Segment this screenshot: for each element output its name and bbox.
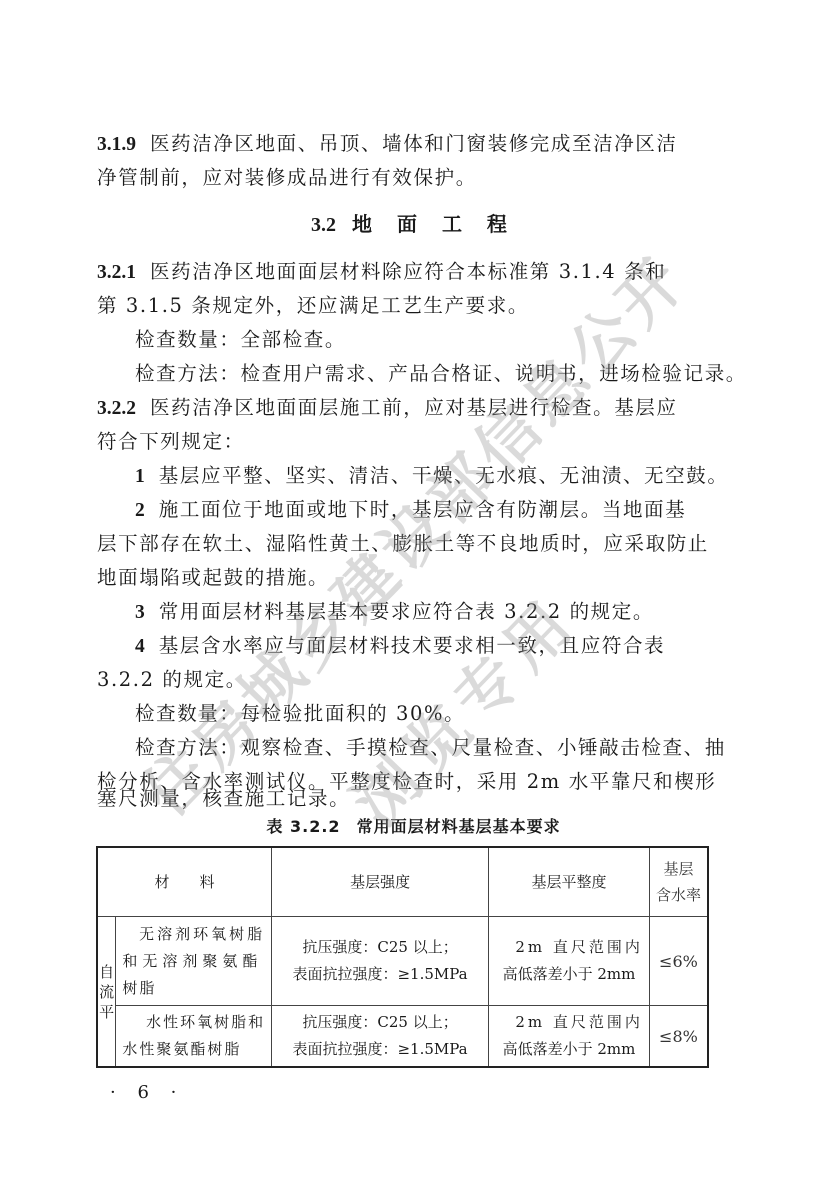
category-label: 自流平 — [98, 962, 115, 1022]
header-moisture: 基层 含水率 — [649, 847, 708, 917]
strength-cell: 抗压强度：C25 以上； 表面抗拉强度：≥1.5MPa — [272, 917, 489, 1006]
header-moisture-line-2: 含水率 — [652, 882, 705, 908]
strength-line-1: 抗压强度：C25 以上； — [278, 1009, 482, 1036]
table-row: 自流平 无溶剂环氧树脂 和无溶剂聚氨酯 树脂 抗压强度：C25 以上； 表面抗拉… — [97, 917, 708, 1006]
clause-number: 3.2.2 — [97, 398, 136, 419]
item-number: 1 — [135, 466, 145, 487]
list-item-3: 3常用面层材料基层基本要求应符合表 3.2.2 的规定。 — [135, 599, 750, 626]
header-material: 材 料 — [97, 847, 272, 917]
flatness-line-1: 2m 直尺范围内 — [495, 934, 643, 961]
list-item-1: 1基层应平整、坚实、清洁、干燥、无水痕、无油渍、无空鼓。 — [135, 463, 750, 490]
document-page: 3.1.9医药洁净区地面、吊顶、墙体和门窗装修完成至洁净区洁 净管制前，应对装修… — [0, 0, 827, 1200]
section-title: 地 面 工 程 — [352, 212, 516, 236]
table-caption: 表 3.2.2常用面层材料基层基本要求 — [0, 816, 827, 838]
item-number: 4 — [135, 636, 145, 657]
material-line-2: 和无溶剂聚氨酯 — [122, 948, 265, 975]
item-text: 基层应平整、坚实、清洁、干燥、无水痕、无油渍、无空鼓。 — [159, 464, 729, 487]
material-cell: 水性环氧树脂和 水性聚氨酯树脂 — [116, 1006, 272, 1068]
moisture-cell: ≤8% — [649, 1006, 708, 1068]
clause-text: 医药洁净区地面、吊顶、墙体和门窗装修完成至洁净区洁 — [150, 132, 678, 155]
page-number: · 6 · — [110, 1082, 184, 1103]
flatness-line-1: 2m 直尺范围内 — [495, 1009, 643, 1036]
clause-text: 医药洁净区地面面层施工前，应对基层进行检查。基层应 — [150, 396, 678, 419]
flatness-line-2: 高低落差小于 2mm — [495, 961, 643, 988]
clause-text: 医药洁净区地面面层材料除应符合本标准第 3.1.4 条和 — [150, 260, 666, 283]
material-line-1: 水性环氧树脂和 — [122, 1009, 265, 1036]
check-quantity: 检查数量：全部检查。 — [135, 327, 750, 353]
item-text: 常用面层材料基层基本要求应符合表 3.2.2 的规定。 — [159, 600, 654, 623]
item-text: 基层含水率应与面层材料技术要求相一致，且应符合表 — [159, 634, 665, 657]
check-quantity: 检查数量：每检验批面积的 30%。 — [135, 701, 750, 727]
list-item-2-line-2: 层下部存在软土、湿陷性黄土、膨胀土等不良地质时，应采取防止 — [97, 531, 712, 557]
check-method: 检查方法：检查用户需求、产品合格证、说明书，进场检验记录。 — [135, 361, 750, 387]
check-method-line-1: 检查方法：观察检查、手摸检查、尺量检查、小锤敲击检查、抽 — [135, 735, 750, 761]
strength-line-2: 表面抗拉强度：≥1.5MPa — [278, 1036, 482, 1063]
section-heading: 3.2地 面 工 程 — [0, 211, 827, 238]
material-line-3: 树脂 — [122, 975, 265, 1002]
item-number: 3 — [135, 602, 145, 623]
table-header-row: 材 料 基层强度 基层平整度 基层 含水率 — [97, 847, 708, 917]
list-item-2: 2施工面位于地面或地下时，基层应含有防潮层。当地面基 — [135, 497, 750, 524]
header-flatness: 基层平整度 — [489, 847, 650, 917]
table-row: 水性环氧树脂和 水性聚氨酯树脂 抗压强度：C25 以上； 表面抗拉强度：≥1.5… — [97, 1006, 708, 1068]
strength-cell: 抗压强度：C25 以上； 表面抗拉强度：≥1.5MPa — [272, 1006, 489, 1068]
material-line-2: 水性聚氨酯树脂 — [122, 1036, 265, 1063]
strength-line-2: 表面抗拉强度：≥1.5MPa — [278, 961, 482, 988]
item-text: 施工面位于地面或地下时，基层应含有防潮层。当地面基 — [159, 498, 687, 521]
list-item-4-line-2: 3.2.2 的规定。 — [97, 667, 712, 693]
material-cell: 无溶剂环氧树脂 和无溶剂聚氨酯 树脂 — [116, 917, 272, 1006]
material-line-1: 无溶剂环氧树脂 — [122, 921, 265, 948]
clause-number: 3.2.1 — [97, 262, 136, 283]
list-item-4: 4基层含水率应与面层材料技术要求相一致，且应符合表 — [135, 633, 750, 660]
clause-3-2-1-line-2: 第 3.1.5 条规定外，还应满足工艺生产要求。 — [97, 293, 712, 319]
clause-3-2-2-line-2: 符合下列规定： — [97, 429, 712, 455]
clause-3-2-2-line-1: 3.2.2医药洁净区地面面层施工前，应对基层进行检查。基层应 — [97, 395, 712, 422]
table-title: 常用面层材料基层基本要求 — [357, 817, 561, 836]
clause-3-1-9-line-2: 净管制前，应对装修成品进行有效保护。 — [97, 165, 712, 191]
strength-line-1: 抗压强度：C25 以上； — [278, 934, 482, 961]
requirements-table: 材 料 基层强度 基层平整度 基层 含水率 自流平 无溶剂环氧树脂 和无溶剂聚氨… — [96, 846, 709, 1068]
header-moisture-line-1: 基层 — [652, 856, 705, 882]
table-number: 表 3.2.2 — [266, 817, 340, 836]
section-number: 3.2 — [311, 214, 336, 236]
category-cell: 自流平 — [97, 917, 116, 1068]
clause-3-2-1-line-1: 3.2.1医药洁净区地面面层材料除应符合本标准第 3.1.4 条和 — [97, 259, 712, 286]
header-strength: 基层强度 — [272, 847, 489, 917]
flatness-cell: 2m 直尺范围内 高低落差小于 2mm — [489, 917, 650, 1006]
item-number: 2 — [135, 500, 145, 521]
check-method-line-3: 塞尺测量，核查施工记录。 — [97, 786, 712, 812]
moisture-cell: ≤6% — [649, 917, 708, 1006]
list-item-2-line-3: 地面塌陷或起鼓的措施。 — [97, 565, 712, 591]
flatness-cell: 2m 直尺范围内 高低落差小于 2mm — [489, 1006, 650, 1068]
flatness-line-2: 高低落差小于 2mm — [495, 1036, 643, 1063]
clause-3-1-9-line-1: 3.1.9医药洁净区地面、吊顶、墙体和门窗装修完成至洁净区洁 — [97, 131, 712, 158]
clause-number: 3.1.9 — [97, 134, 136, 155]
